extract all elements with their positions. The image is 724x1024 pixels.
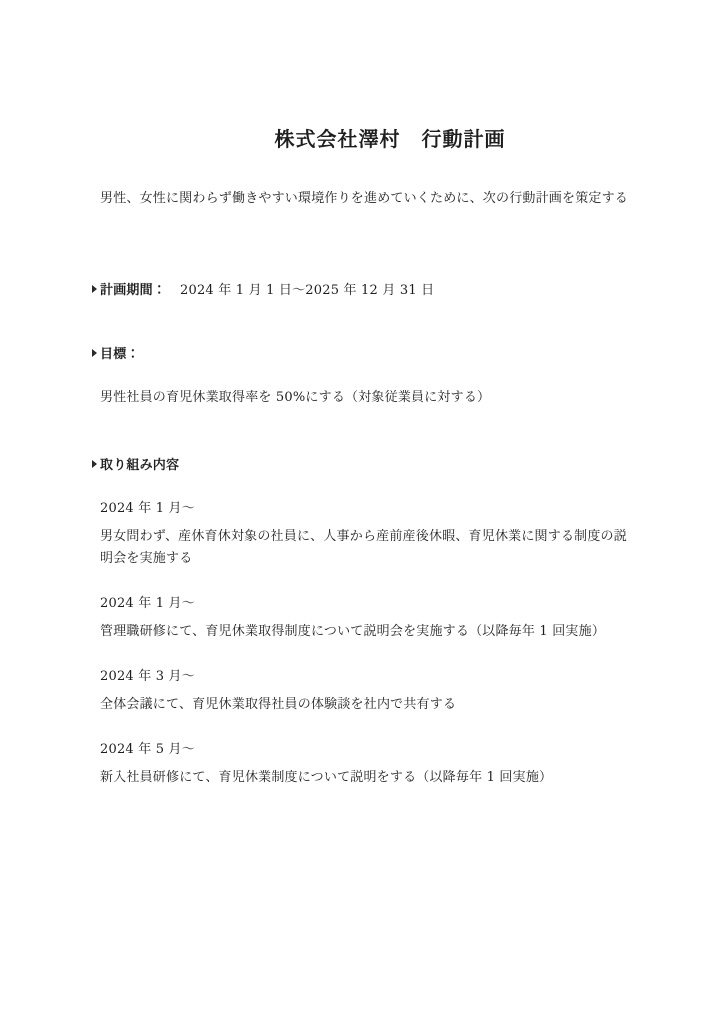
goal-label: 目標：: [100, 347, 140, 362]
page-title: 株式会社澤村 行動計画: [100, 126, 628, 152]
initiatives-header-row: 取り組み内容: [100, 455, 628, 477]
initiative-date: 2024 年 1 月～: [100, 593, 628, 615]
plan-period-label: 計画期間：: [100, 283, 166, 298]
triangle-bullet-icon: [92, 285, 97, 293]
intro-paragraph: 男性、女性に関わらず働きやすい環境作りを進めていくために、次の行動計画を策定する: [100, 188, 628, 210]
initiatives-label: 取り組み内容: [100, 458, 179, 473]
initiative-text: 新入社員研修にて、育児休業制度について説明をする（以降毎年 1 回実施）: [100, 767, 628, 789]
triangle-bullet-icon: [92, 349, 97, 357]
initiative-item: 2024 年 3 月～ 全体会議にて、育児休業取得社員の体験談を社内で共有する: [100, 666, 628, 716]
initiative-item: 2024 年 1 月～ 男女問わず、産休育休対象の社員に、人事から産前産後休暇、…: [100, 498, 628, 570]
initiative-item: 2024 年 1 月～ 管理職研修にて、育児休業取得制度について説明会を実施する…: [100, 593, 628, 643]
document-page: 株式会社澤村 行動計画 男性、女性に関わらず働きやすい環境作りを進めていくために…: [0, 0, 724, 1024]
initiative-date: 2024 年 5 月～: [100, 739, 628, 761]
initiative-text: 管理職研修にて、育児休業取得制度について説明会を実施する（以降毎年 1 回実施）: [100, 621, 628, 643]
goal-text: 男性社員の育児休業取得率を 50%にする（対象従業員に対する）: [100, 387, 628, 409]
initiative-text: 全体会議にて、育児休業取得社員の体験談を社内で共有する: [100, 694, 628, 716]
plan-period-row: 計画期間：2024 年 1 月 1 日～2025 年 12 月 31 日: [100, 280, 628, 302]
initiative-text: 男女問わず、産休育休対象の社員に、人事から産前産後休暇、育児休業に関する制度の説…: [100, 526, 628, 570]
initiative-item: 2024 年 5 月～ 新入社員研修にて、育児休業制度について説明をする（以降毎…: [100, 739, 628, 789]
goal-row: 目標：: [100, 344, 628, 366]
plan-period-value: 2024 年 1 月 1 日～2025 年 12 月 31 日: [180, 283, 434, 298]
initiative-date: 2024 年 1 月～: [100, 498, 628, 520]
triangle-bullet-icon: [92, 460, 97, 468]
initiative-date: 2024 年 3 月～: [100, 666, 628, 688]
